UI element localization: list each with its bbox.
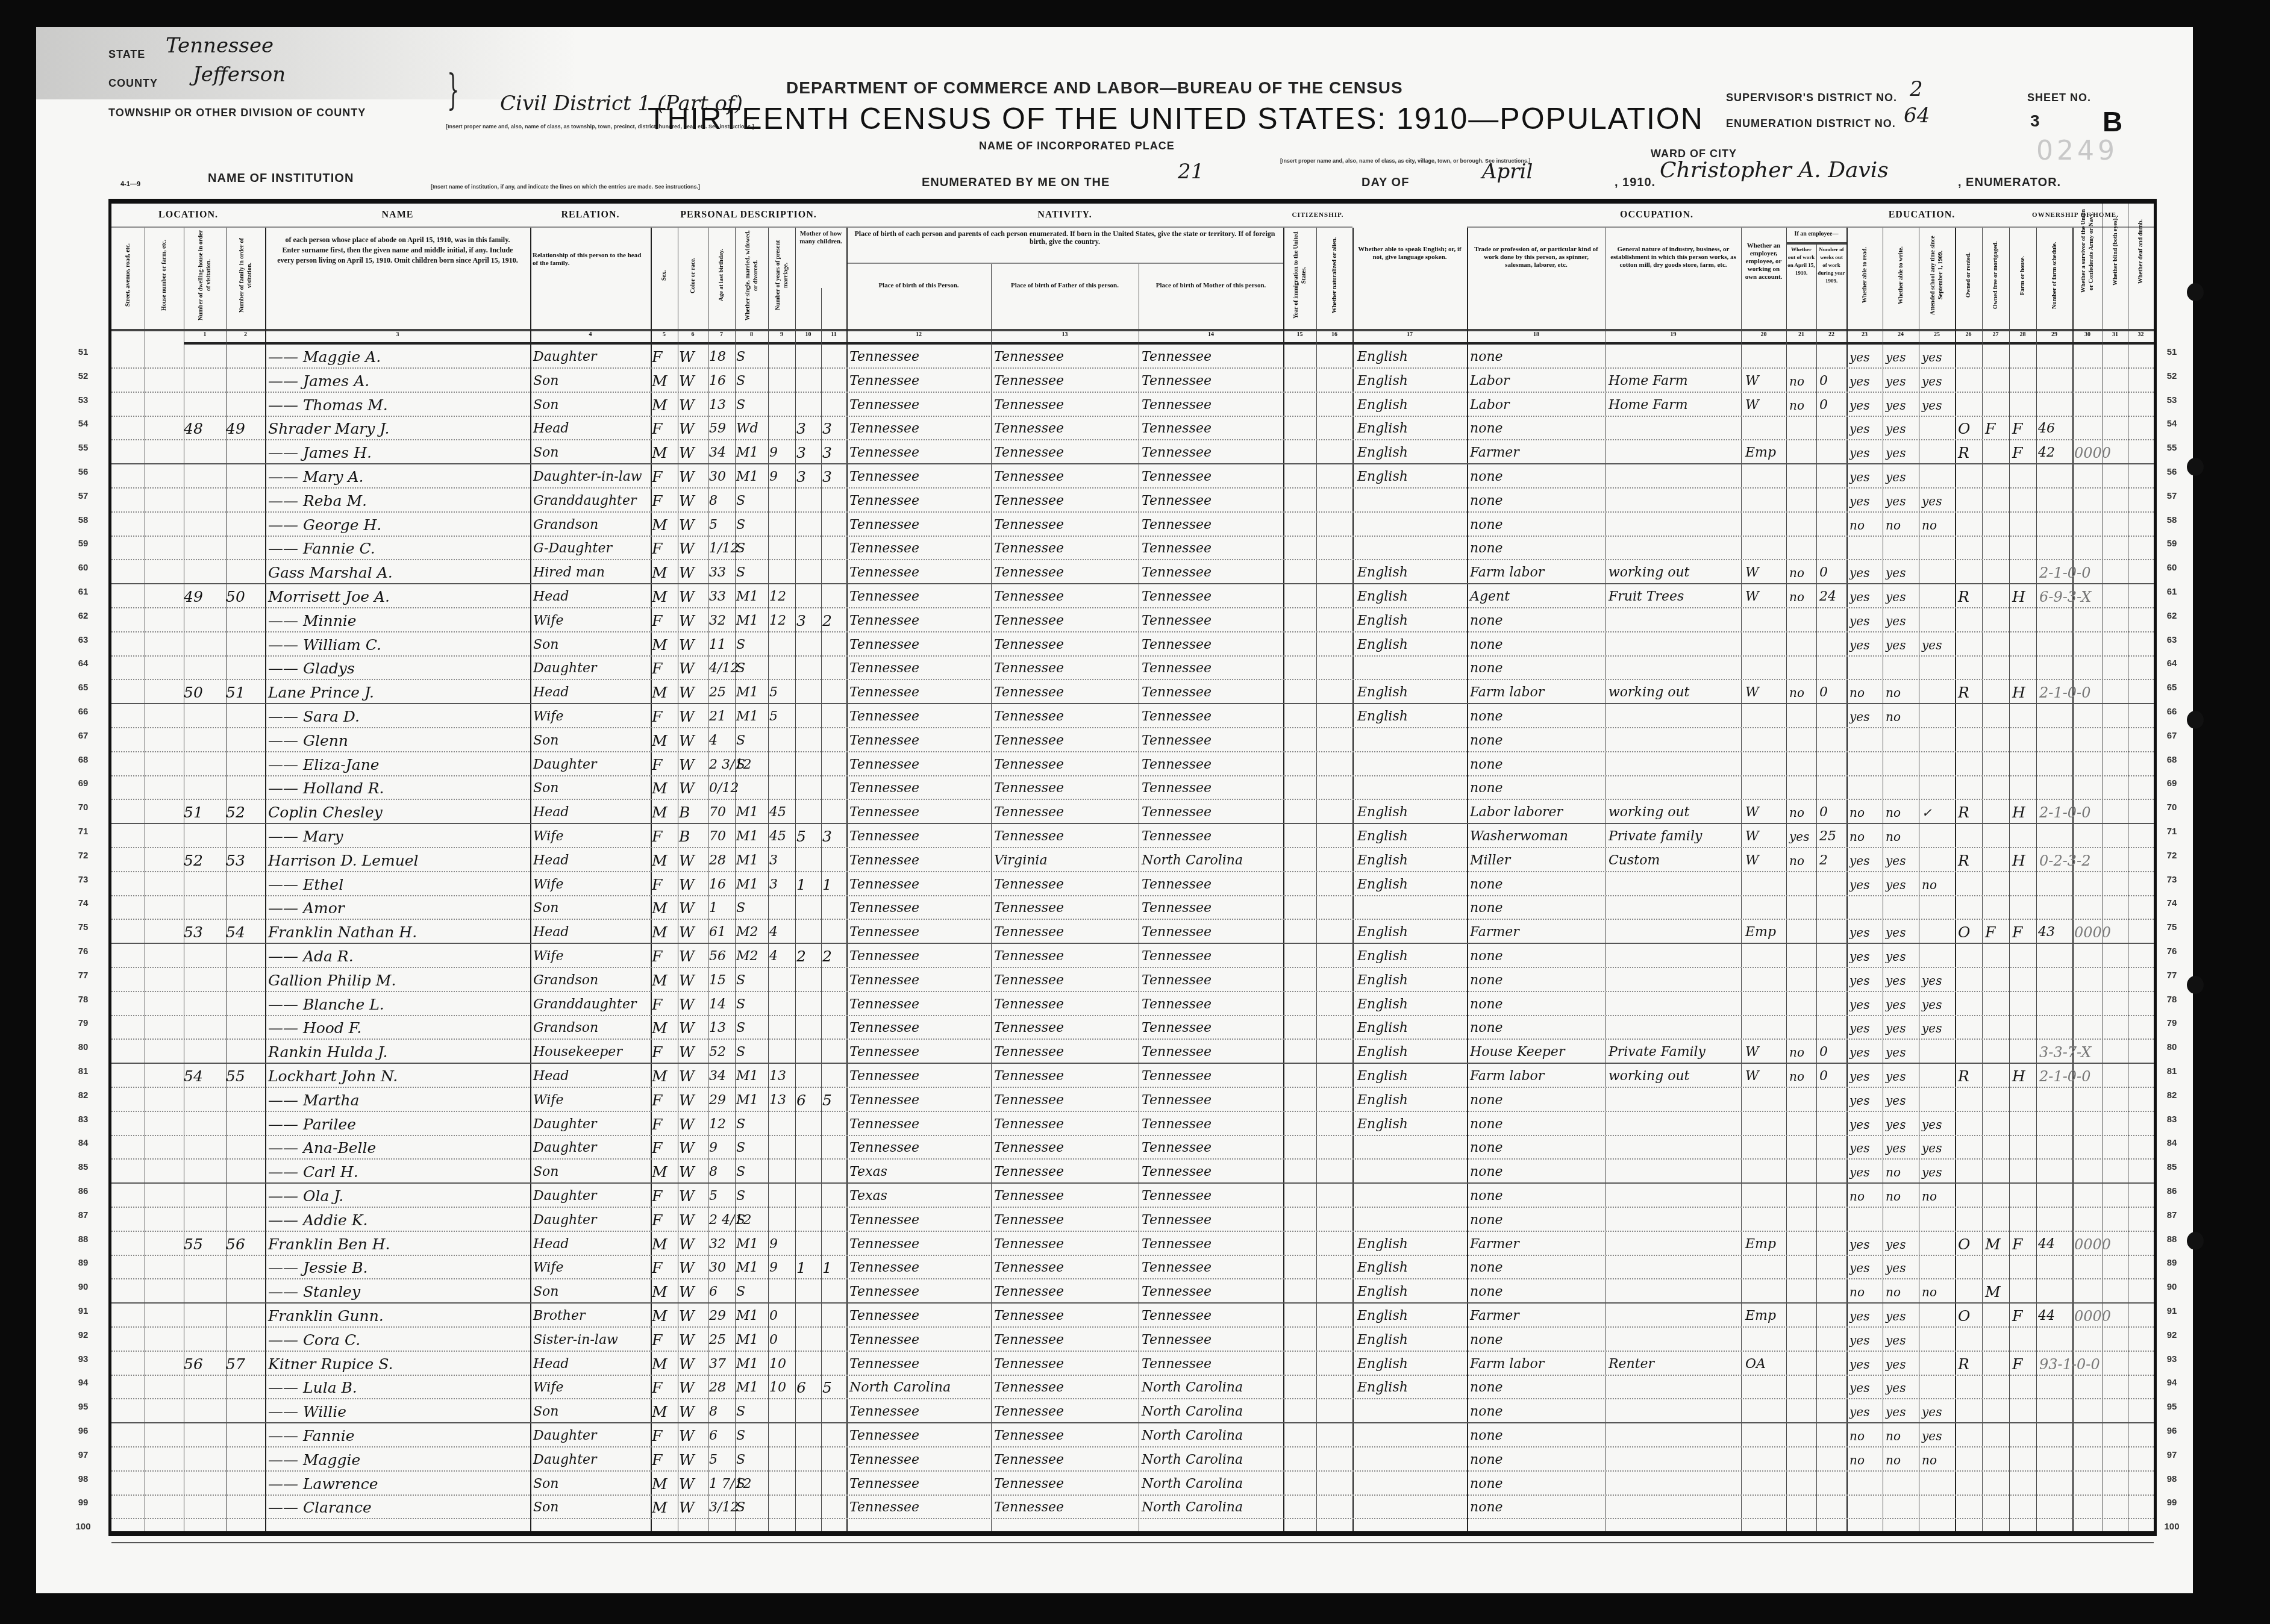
cell-free: F <box>1985 416 2009 439</box>
cell-write: yes <box>1886 369 1919 392</box>
cell-english <box>1357 1519 1466 1542</box>
cell-dwelling <box>184 752 226 775</box>
cell-weeks <box>1819 1423 1846 1446</box>
cell-read <box>1849 1208 1883 1231</box>
line-number-left: 98 <box>71 1474 95 1484</box>
cell-out <box>1789 1112 1816 1135</box>
cell-school <box>1922 824 1955 847</box>
cell-weeks <box>1819 1328 1846 1351</box>
cell-english: English <box>1357 800 1466 823</box>
cell-yrs-married: 9 <box>769 1232 795 1255</box>
line-number-right: 60 <box>2160 563 2184 573</box>
cell-read <box>1849 536 1883 559</box>
cell-write <box>1886 1472 1919 1494</box>
cell-age: 70 <box>709 800 735 823</box>
cell-name: Gass Marshal A. <box>268 560 530 583</box>
cell-relation: Son <box>533 1472 651 1494</box>
cell-birth: Tennessee <box>849 1255 991 1278</box>
cell-born <box>796 1232 821 1255</box>
cell-yrs-married <box>769 345 795 367</box>
cell-family <box>226 728 265 751</box>
cell-born <box>796 632 821 655</box>
cell-mother-birth: North Carolina <box>1142 1399 1283 1422</box>
cell-industry <box>1609 489 1741 511</box>
cell-out <box>1789 1255 1816 1278</box>
cell-dwelling <box>184 992 226 1015</box>
cell-birth: Tennessee <box>849 345 991 367</box>
cell-weeks <box>1819 920 1846 943</box>
line-number-right: 65 <box>2160 682 2184 693</box>
cell-free <box>1985 440 2009 463</box>
group-personal-description: PERSONAL DESCRIPTION. <box>651 204 846 228</box>
line-number-left: 61 <box>71 587 95 597</box>
cell-dwelling: 56 <box>184 1352 226 1375</box>
cell-living <box>822 1519 846 1542</box>
cell-born <box>796 752 821 775</box>
group-education: EDUCATION. <box>1846 204 1997 228</box>
enumeration-district-label: ENUMERATION DISTRICT NO. <box>1726 117 1896 130</box>
cell-english: English <box>1357 1352 1466 1375</box>
cell-weeks: 0 <box>1819 1040 1846 1063</box>
cell-father-birth: Tennessee <box>994 489 1139 511</box>
cell-own: O <box>1958 1232 1982 1255</box>
cell-farm: H <box>2012 800 2036 823</box>
cell-own <box>1958 608 1982 631</box>
cell-born <box>796 1208 821 1231</box>
cell-farm <box>2012 489 2036 511</box>
cell-family <box>226 464 265 487</box>
cell-farm: H <box>2012 584 2036 607</box>
cell-read: yes <box>1849 704 1883 727</box>
cell-sex: M <box>652 1160 678 1182</box>
cell-weeks: 2 <box>1819 848 1846 871</box>
cell-race: W <box>679 584 708 607</box>
cell-father-birth: Tennessee <box>994 1399 1139 1422</box>
cell-name: —— James A. <box>268 369 530 392</box>
cell-birth: Tennessee <box>849 393 991 416</box>
cell-relation: Daughter <box>533 1112 651 1135</box>
cell-age: 5 <box>709 1184 735 1207</box>
cell-dwelling <box>184 1184 226 1207</box>
cell-weeks <box>1819 1495 1846 1518</box>
cell-race: W <box>679 1328 708 1351</box>
cell-school <box>1922 1519 1955 1542</box>
col-age: Age at last birthday. <box>708 228 735 331</box>
cell-code <box>2039 872 2154 895</box>
cell-race: W <box>679 1448 708 1470</box>
cell-name: —— Carl H. <box>268 1160 530 1182</box>
cell-write: yes <box>1886 1112 1919 1135</box>
cell-yrs-married <box>769 968 795 991</box>
cell-read: yes <box>1849 1088 1883 1111</box>
cell-living <box>822 560 846 583</box>
cell-living <box>822 1399 846 1422</box>
cell-father-birth: Tennessee <box>994 872 1139 895</box>
cell-father-birth: Tennessee <box>994 752 1139 775</box>
cell-industry <box>1609 536 1741 559</box>
column-number: 31 <box>2103 331 2128 345</box>
cell-sex: M <box>652 896 678 919</box>
line-number-right: 100 <box>2160 1522 2184 1532</box>
cell-write <box>1886 1519 1919 1542</box>
cell-read: yes <box>1849 393 1883 416</box>
line-number-right: 83 <box>2160 1114 2184 1125</box>
cell-family: 56 <box>226 1232 265 1255</box>
cell-farm <box>2012 513 2036 536</box>
cell-own <box>1958 1495 1982 1518</box>
sheet-side: B <box>2103 105 2122 138</box>
cell-living: 3 <box>822 824 846 847</box>
cell-school <box>1922 1352 1955 1375</box>
cell-race: W <box>679 1423 708 1446</box>
cell-father-birth: Tennessee <box>994 464 1139 487</box>
cell-born <box>796 992 821 1015</box>
cell-farm <box>2012 992 2036 1015</box>
cell-yrs-married: 45 <box>769 800 795 823</box>
cell-dwelling <box>184 1088 226 1111</box>
cell-english: English <box>1357 1088 1466 1111</box>
cell-english: English <box>1357 1304 1466 1326</box>
cell-name: —— Maggie A. <box>268 345 530 367</box>
cell-farm <box>2012 896 2036 919</box>
cell-emp <box>1745 1423 1786 1446</box>
cell-father-birth: Tennessee <box>994 1160 1139 1182</box>
cell-english: English <box>1357 1279 1466 1302</box>
cell-read: yes <box>1849 608 1883 631</box>
table-row: —— FannieDaughterFW6STennesseeTennesseeN… <box>111 1423 2154 1448</box>
cell-race: W <box>679 944 708 967</box>
cell-birth: Tennessee <box>849 992 991 1015</box>
cell-mother-birth: Tennessee <box>1142 369 1283 392</box>
cell-family <box>226 440 265 463</box>
cell-born <box>796 800 821 823</box>
cell-name: —— Sara D. <box>268 704 530 727</box>
cell-industry <box>1609 416 1741 439</box>
col-owned-rented: Owned or rented. <box>1955 228 1982 331</box>
column-number: 32 <box>2128 331 2154 345</box>
table-row: 5657Kitner Rupice S.HeadMW37M110Tennesse… <box>111 1352 2154 1376</box>
cell-race: W <box>679 728 708 751</box>
cell-industry <box>1609 1519 1741 1542</box>
cell-out <box>1789 1399 1816 1422</box>
line-number-left: 81 <box>71 1066 95 1076</box>
col-farm-house: Farm or house. <box>2009 228 2036 331</box>
cell-farm <box>2012 872 2036 895</box>
cell-race: W <box>679 1472 708 1494</box>
cell-father-birth: Tennessee <box>994 393 1139 416</box>
cell-living <box>822 1040 846 1063</box>
cell-weeks <box>1819 1279 1846 1302</box>
cell-name: Franklin Gunn. <box>268 1304 530 1326</box>
cell-living <box>822 513 846 536</box>
cell-living <box>822 656 846 679</box>
cell-own <box>1958 1472 1982 1494</box>
cell-marital: S <box>736 489 768 511</box>
cell-dwelling: 52 <box>184 848 226 871</box>
cell-mother-birth: Tennessee <box>1142 704 1283 727</box>
cell-out: no <box>1789 584 1816 607</box>
cell-farm <box>2012 393 2036 416</box>
col-veteran: Whether a survivor of the Union or Confe… <box>2072 204 2103 331</box>
col-street: Street, avenue, road, etc. <box>111 228 145 331</box>
line-number-right: 91 <box>2160 1306 2184 1316</box>
cell-birth: Texas <box>849 1160 991 1182</box>
cell-write: yes <box>1886 1375 1919 1398</box>
cell-sex: M <box>652 1472 678 1494</box>
cell-sex: F <box>652 1184 678 1207</box>
cell-family <box>226 1423 265 1446</box>
line-number-right: 64 <box>2160 658 2184 669</box>
cell-born: 3 <box>796 416 821 439</box>
cell-age: 28 <box>709 1375 735 1398</box>
cell-industry <box>1609 513 1741 536</box>
cell-living: 1 <box>822 1255 846 1278</box>
cell-name: —— Blanche L. <box>268 992 530 1015</box>
table-row: —— Ola J.DaughterFW5STexasTennesseeTenne… <box>111 1184 2154 1208</box>
supervisor-district-value: 2 <box>1910 77 1923 101</box>
cell-own <box>1958 536 1982 559</box>
cell-marital: S <box>736 1399 768 1422</box>
cell-mother-birth: Tennessee <box>1142 944 1283 967</box>
cell-age: 16 <box>709 872 735 895</box>
table-row: —— Fannie C.G-DaughterFW1/12STennesseeTe… <box>111 536 2154 560</box>
cell-read: no <box>1849 1448 1883 1470</box>
column-number: 6 <box>678 331 708 345</box>
cell-family: 52 <box>226 800 265 823</box>
cell-sex: M <box>652 632 678 655</box>
cell-read <box>1849 1495 1883 1518</box>
cell-free <box>1985 1448 2009 1470</box>
cell-emp <box>1745 944 1786 967</box>
cell-living <box>822 1160 846 1182</box>
cell-code: 0000 <box>2074 1304 2153 1326</box>
cell-family <box>226 1135 265 1158</box>
column-number: 10 <box>795 331 821 345</box>
cell-yrs-married: 4 <box>769 944 795 967</box>
cell-relation: Wife <box>533 944 651 967</box>
cell-dwelling <box>184 1016 226 1038</box>
cell-age: 2 3/12 <box>709 752 735 775</box>
cell-born <box>796 1112 821 1135</box>
cell-emp <box>1745 1016 1786 1038</box>
cell-code <box>2039 968 2154 991</box>
cell-father-birth: Tennessee <box>994 1016 1139 1038</box>
cell-race: W <box>679 1208 708 1231</box>
cell-name: —— Willie <box>268 1399 530 1422</box>
cell-race: W <box>679 1088 708 1111</box>
cell-sex: F <box>652 416 678 439</box>
cell-weeks <box>1819 656 1846 679</box>
cell-mother-birth <box>1142 1519 1283 1542</box>
cell-code <box>2039 632 2154 655</box>
line-number-right: 86 <box>2160 1186 2184 1196</box>
cell-read: yes <box>1849 920 1883 943</box>
cell-out: no <box>1789 1064 1816 1087</box>
col-marital: Whether single, married, widowed, or div… <box>735 228 768 331</box>
line-number-right: 95 <box>2160 1402 2184 1412</box>
col-farm-schedule: Number of farm schedule. <box>2036 228 2072 331</box>
cell-relation: Son <box>533 776 651 799</box>
cell-trade: none <box>1470 1328 1606 1351</box>
cell-industry <box>1609 704 1741 727</box>
cell-english <box>1357 513 1466 536</box>
cell-name: Gallion Philip M. <box>268 968 530 991</box>
table-row: Franklin Gunn.BrotherMW29M10TennesseeTen… <box>111 1304 2154 1328</box>
cell-relation: Head <box>533 1064 651 1087</box>
cell-dwelling <box>184 1375 226 1398</box>
cell-family <box>226 752 265 775</box>
cell-emp <box>1745 608 1786 631</box>
cell-yrs-married <box>769 1448 795 1470</box>
cell-marital: M1 <box>736 440 768 463</box>
cell-weeks <box>1819 896 1846 919</box>
cell-born <box>796 1135 821 1158</box>
cell-emp <box>1745 1208 1786 1231</box>
line-number-left: 70 <box>71 802 95 813</box>
cell-father-birth: Tennessee <box>994 1472 1139 1494</box>
cell-trade: none <box>1470 992 1606 1015</box>
cell-age: 30 <box>709 1255 735 1278</box>
cell-english: English <box>1357 1328 1466 1351</box>
cell-name: Franklin Ben H. <box>268 1232 530 1255</box>
cell-free: M <box>1985 1279 2009 1302</box>
cell-weeks: 0 <box>1819 800 1846 823</box>
cell-birth: Tennessee <box>849 1016 991 1038</box>
cell-birth: Tennessee <box>849 896 991 919</box>
cell-read: yes <box>1849 1016 1883 1038</box>
cell-industry <box>1609 632 1741 655</box>
cell-yrs-married: 12 <box>769 608 795 631</box>
cell-write: yes <box>1886 1328 1919 1351</box>
col-birth-father: Place of birth of Father of this person. <box>991 264 1139 331</box>
cell-school: no <box>1922 872 1955 895</box>
cell-yrs-married <box>769 632 795 655</box>
cell-mother-birth: Tennessee <box>1142 752 1283 775</box>
cell-race: W <box>679 1304 708 1326</box>
cell-mother-birth: Tennessee <box>1142 992 1283 1015</box>
cell-write: no <box>1886 800 1919 823</box>
cell-age: 2 4/12 <box>709 1208 735 1231</box>
cell-english: English <box>1357 584 1466 607</box>
cell-father-birth: Tennessee <box>994 536 1139 559</box>
cell-english: English <box>1357 369 1466 392</box>
cell-family <box>226 1112 265 1135</box>
line-number-left: 86 <box>71 1186 95 1196</box>
cell-relation: Head <box>533 800 651 823</box>
table-row: —— Cora C.Sister-in-lawFW25M10TennesseeT… <box>111 1328 2154 1352</box>
cell-emp <box>1745 1184 1786 1207</box>
cell-sex: F <box>652 1088 678 1111</box>
cell-industry <box>1609 1135 1741 1158</box>
cell-marital: M1 <box>736 1328 768 1351</box>
line-number-right: 99 <box>2160 1498 2184 1508</box>
line-number-right: 67 <box>2160 731 2184 741</box>
cell-mother-birth: Tennessee <box>1142 968 1283 991</box>
cell-living <box>822 536 846 559</box>
cell-farm <box>2012 824 2036 847</box>
cell-sex: F <box>652 944 678 967</box>
cell-code: 2-1-0-0 <box>2039 560 2154 583</box>
cell-name: —— Ada R. <box>268 944 530 967</box>
cell-yrs-married <box>769 1423 795 1446</box>
line-number-right: 61 <box>2160 587 2184 597</box>
cell-out <box>1789 920 1816 943</box>
cell-living <box>822 1112 846 1135</box>
cell-code <box>2039 992 2154 1015</box>
cell-read: yes <box>1849 944 1883 967</box>
cell-dwelling <box>184 1208 226 1231</box>
cell-dwelling <box>184 968 226 991</box>
cell-living: 2 <box>822 608 846 631</box>
cell-emp <box>1745 632 1786 655</box>
cell-out: no <box>1789 1040 1816 1063</box>
cell-trade: none <box>1470 872 1606 895</box>
line-number-left: 97 <box>71 1450 95 1460</box>
cell-farm <box>2012 1399 2036 1422</box>
cell-marital: S <box>736 1016 768 1038</box>
cell-trade: none <box>1470 1112 1606 1135</box>
cell-relation: Hired man <box>533 560 651 583</box>
table-row: —— Carl H.SonMW8STexasTennesseeTennessee… <box>111 1160 2154 1184</box>
cell-school <box>1922 1208 1955 1231</box>
cell-free <box>1985 536 2009 559</box>
enumerated-label: ENUMERATED BY ME ON THE <box>922 176 1110 190</box>
cell-weeks <box>1819 944 1846 967</box>
cell-sex: F <box>652 1112 678 1135</box>
cell-trade: none <box>1470 608 1606 631</box>
column-number: 4 <box>530 331 651 345</box>
cell-weeks <box>1819 1016 1846 1038</box>
cell-write <box>1886 896 1919 919</box>
line-number-right: 73 <box>2160 875 2184 885</box>
cell-free <box>1985 1160 2009 1182</box>
cell-age: 28 <box>709 848 735 871</box>
cell-family <box>226 1328 265 1351</box>
cell-name: —— Maggie <box>268 1448 530 1470</box>
cell-trade: none <box>1470 1472 1606 1494</box>
cell-age: 70 <box>709 824 735 847</box>
line-number-left: 51 <box>71 347 95 357</box>
cell-sex: F <box>652 536 678 559</box>
cell-weeks <box>1819 608 1846 631</box>
cell-sex: M <box>652 513 678 536</box>
cell-weeks <box>1819 1399 1846 1422</box>
col-out-of-work: Whether out of work on April 15, 1910. <box>1786 245 1816 331</box>
cell-farm <box>2012 1112 2036 1135</box>
line-number-left: 71 <box>71 826 95 837</box>
cell-race: W <box>679 560 708 583</box>
enumeration-district-value: 64 <box>1904 104 1930 128</box>
cell-read: yes <box>1849 1232 1883 1255</box>
cell-birth: Tennessee <box>849 656 991 679</box>
cell-weeks: 25 <box>1819 824 1846 847</box>
cell-own <box>1958 752 1982 775</box>
cell-yrs-married <box>769 992 795 1015</box>
table-row: —— LawrenceSonMW1 7/12STennesseeTennesse… <box>111 1472 2154 1496</box>
cell-sex: M <box>652 1399 678 1422</box>
cell-out: no <box>1789 800 1816 823</box>
cell-marital: M1 <box>736 800 768 823</box>
cell-living <box>822 345 846 367</box>
table-row: 5253Harrison D. LemuelHeadMW28M13Tenness… <box>111 848 2154 872</box>
cell-name: —— Holland R. <box>268 776 530 799</box>
cell-sex: F <box>652 464 678 487</box>
cell-name: —— Jessie B. <box>268 1255 530 1278</box>
cell-trade: none <box>1470 513 1606 536</box>
cell-own <box>1958 632 1982 655</box>
line-number-right: 88 <box>2160 1234 2184 1245</box>
cell-out: no <box>1789 393 1816 416</box>
